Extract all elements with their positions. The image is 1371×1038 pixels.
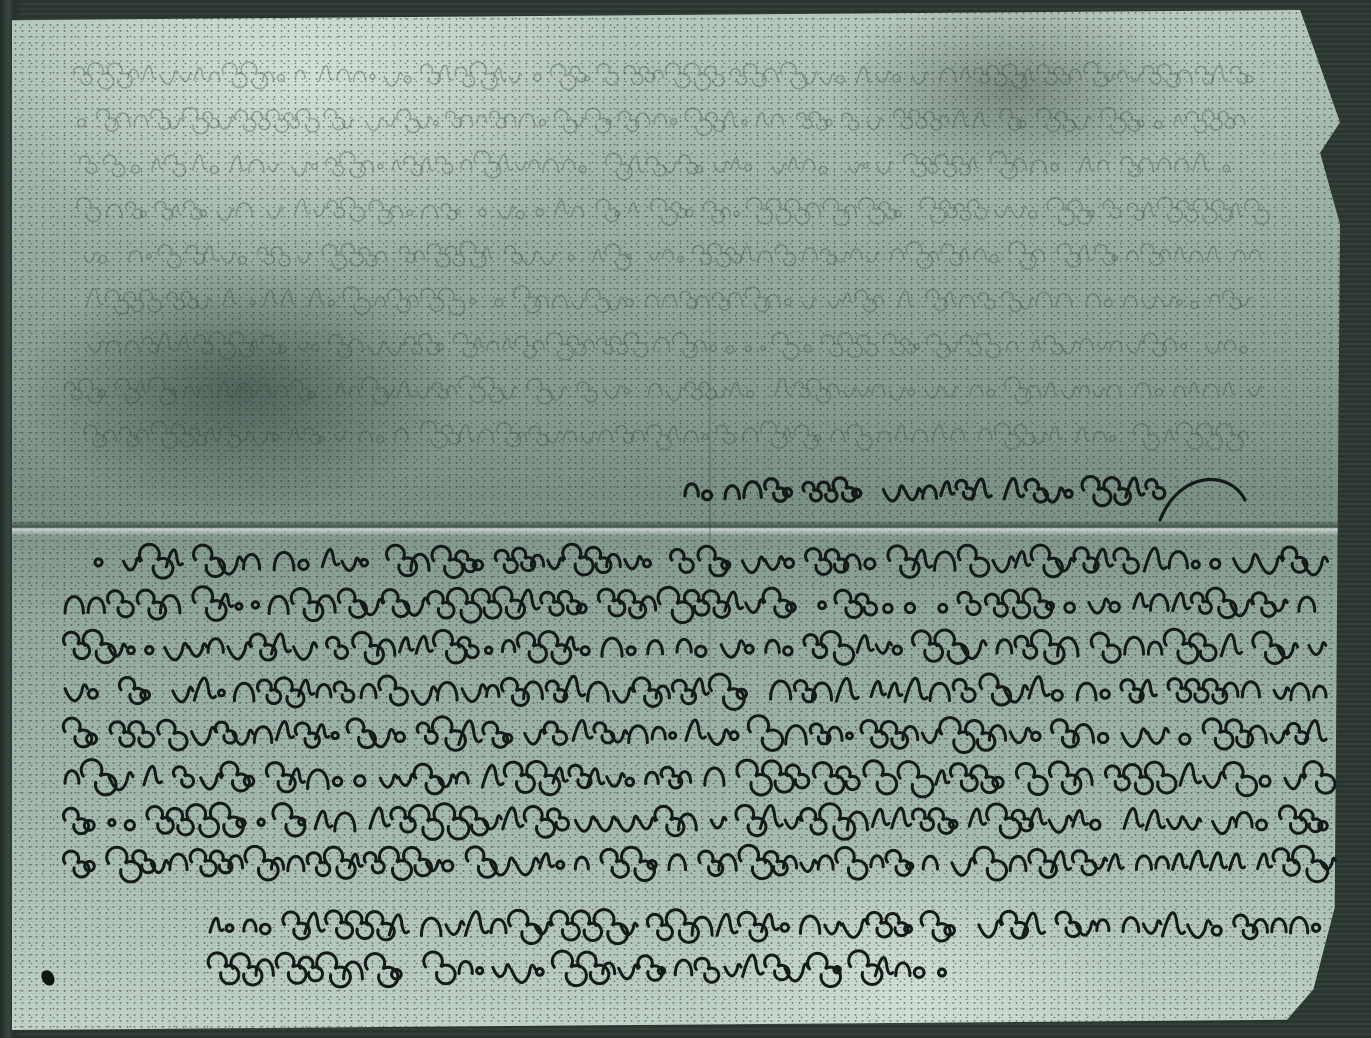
- manuscript-closing-text: [208, 910, 1320, 987]
- manuscript-heading: [685, 477, 1245, 520]
- faded-upper-text: [65, 62, 1269, 450]
- handwriting-layer: [0, 0, 1371, 1038]
- manuscript-body-text: [63, 544, 1335, 882]
